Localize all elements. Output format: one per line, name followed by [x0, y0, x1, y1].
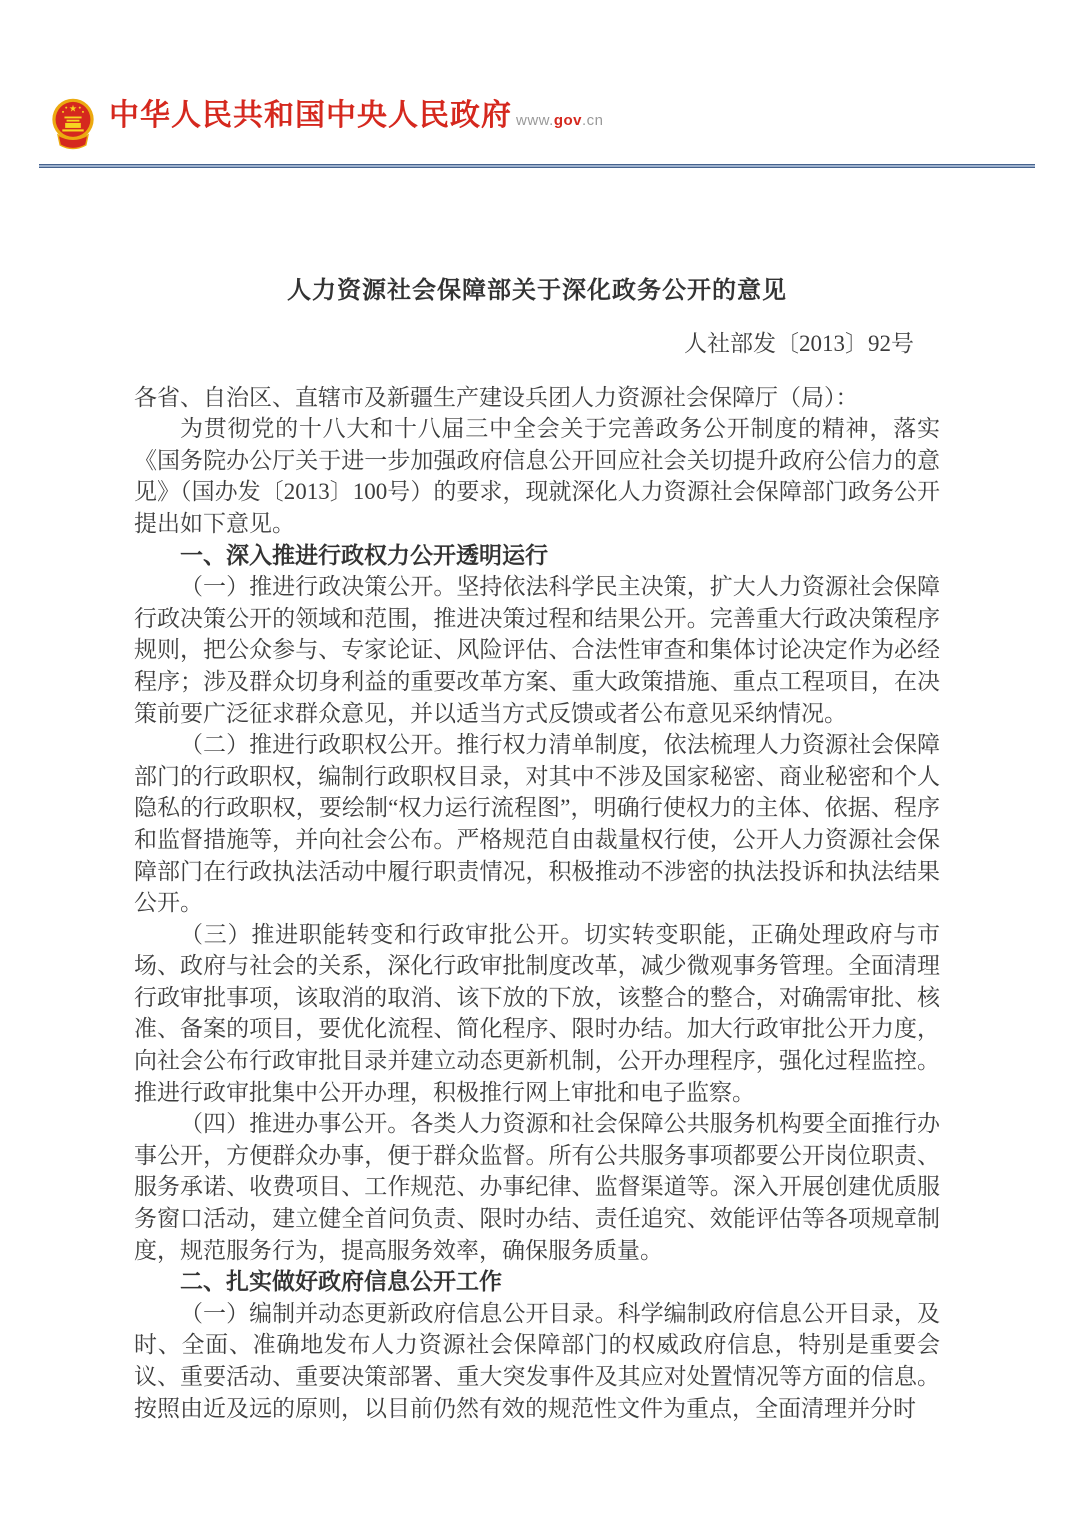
section-heading-1: 一、深入推进行政权力公开透明运行 — [134, 540, 940, 572]
item-paragraph-1-2: （二）推进行政职权公开。推行权力清单制度，依法梳理人力资源社会保障部门的行政职权… — [134, 729, 940, 919]
document-number: 人社部发〔2013〕92号 — [134, 328, 940, 360]
salutation: 各省、自治区、直辖市及新疆生产建设兵团人力资源社会保障厅（局）： — [134, 382, 940, 414]
document-title: 人力资源社会保障部关于深化政务公开的意见 — [134, 274, 940, 308]
item-paragraph-1-1: （一）推进行政决策公开。坚持依法科学民主决策，扩大人力资源社会保障行政决策公开的… — [134, 571, 940, 729]
brand-text: 中华人民共和国中央人民政府 www.gov.cn — [109, 98, 604, 132]
govcn-logo-link[interactable]: 中华人民共和国中央人民政府 www.gov.cn — [0, 98, 1074, 155]
item-lead: （一）编制并动态更新政府信息公开目录。 — [180, 1301, 618, 1326]
item-lead: （一）推进行政决策公开。 — [180, 574, 456, 599]
page: 中华人民共和国中央人民政府 www.gov.cn 人力资源社会保障部关于深化政务… — [0, 0, 1074, 1520]
url-gov: gov — [554, 112, 582, 129]
url-cn: .cn — [582, 112, 604, 129]
site-title: 中华人民共和国中央人民政府 — [109, 99, 512, 132]
item-paragraph-1-4: （四）推进办事公开。各类人力资源和社会保障公共服务机构要全面推行办事公开，方便群… — [134, 1108, 940, 1266]
national-emblem-icon — [50, 98, 96, 155]
url-www: www. — [516, 112, 554, 129]
item-paragraph-1-3: （三）推进职能转变和行政审批公开。切实转变职能，正确处理政府与市场、政府与社会的… — [134, 919, 940, 1109]
govcn-header: 中华人民共和国中央人民政府 www.gov.cn — [0, 0, 1074, 168]
document-content: 人力资源社会保障部关于深化政务公开的意见 人社部发〔2013〕92号 各省、自治… — [134, 168, 940, 1424]
item-text: 推行权力清单制度，依法梳理人力资源社会保障部门的行政职权，编制行政职权目录，对其… — [134, 732, 940, 915]
item-lead: （三）推进职能转变和行政审批公开。 — [180, 922, 584, 947]
item-text: 切实转变职能，正确处理政府与市场、政府与社会的关系，深化行政审批制度改革，减少微… — [134, 922, 940, 1105]
intro-paragraph: 为贯彻党的十八大和十八届三中全会关于完善政务公开制度的精神，落实《国务院办公厅关… — [134, 413, 940, 539]
section-heading-2: 二、扎实做好政府信息公开工作 — [134, 1266, 940, 1298]
item-lead: （二）推进行政职权公开。 — [180, 732, 456, 757]
item-lead: （四）推进办事公开。 — [180, 1111, 410, 1136]
item-paragraph-2-1: （一）编制并动态更新政府信息公开目录。科学编制政府信息公开目录，及时、全面、准确… — [134, 1298, 940, 1424]
site-url: www.gov.cn — [516, 112, 604, 129]
